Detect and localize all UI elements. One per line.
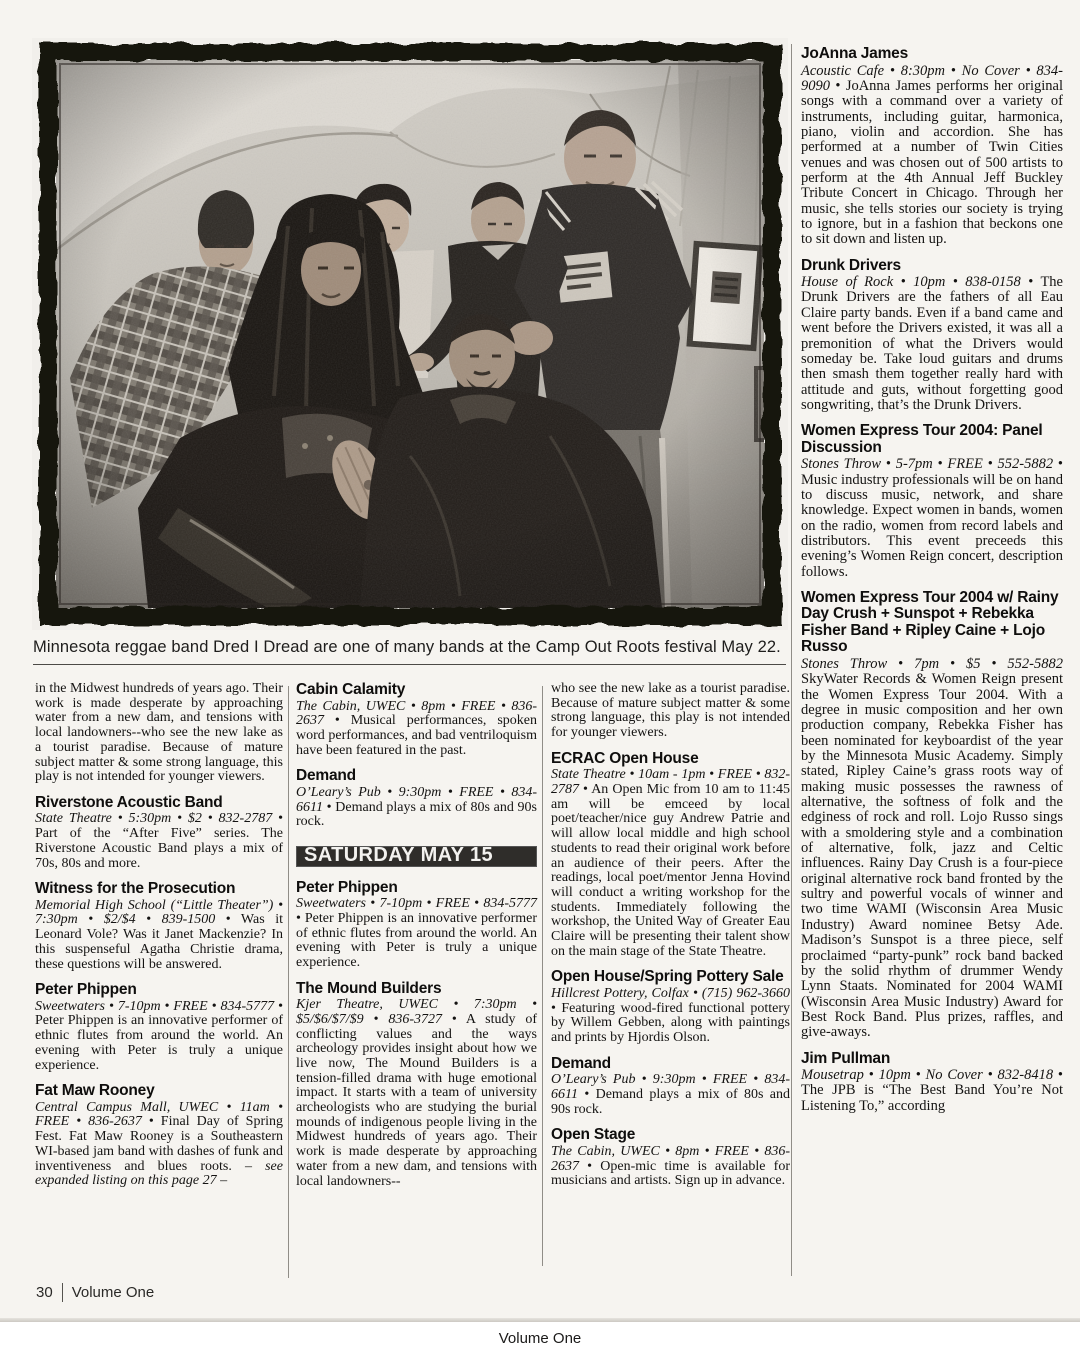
- listings-column-2: Cabin CalamityThe Cabin, UWEC • 8pm • FR…: [296, 682, 537, 1199]
- scan-page-edge: [0, 1318, 1080, 1322]
- event-body: O’Leary’s Pub • 9:30pm • FREE • 834-6611…: [296, 786, 537, 830]
- event-body: Sweetwaters • 7-10pm • FREE • 834-5777 •…: [35, 1000, 283, 1074]
- event-body: Memorial High School (“Little Theater”) …: [35, 899, 283, 973]
- event-description: • A study of conflicting values and the …: [296, 1012, 537, 1189]
- event-body: Central Campus Mall, UWEC • 11am • FREE …: [35, 1101, 283, 1189]
- column-lead-text: in the Midwest hundreds of years ago. Th…: [35, 682, 283, 785]
- event-title: The Mound Builders: [296, 981, 537, 998]
- event-venue-info: Sweetwaters • 7-10pm • FREE • 834-5777: [296, 896, 537, 911]
- event-description: • Featuring wood-fired functional potter…: [551, 1001, 790, 1045]
- event-title: Demand: [296, 768, 537, 785]
- event-venue-info: Hillcrest Pottery, Colfax • (715) 962-36…: [551, 986, 790, 1001]
- listings-group: Peter PhippenSweetwaters • 7-10pm • FREE…: [296, 880, 537, 1190]
- listings-group: Cabin CalamityThe Cabin, UWEC • 8pm • FR…: [296, 682, 537, 830]
- event-listing: Women Express Tour 2004 w/ Rainy Day Cru…: [801, 590, 1063, 1041]
- event-listing: Drunk DriversHouse of Rock • 10pm • 838-…: [801, 258, 1063, 414]
- event-title: Demand: [551, 1056, 790, 1073]
- event-description: • Demand plays a mix of 80s and 90s rock…: [551, 1087, 790, 1117]
- event-title: Cabin Calamity: [296, 682, 537, 699]
- event-listing: Riverstone Acoustic BandState Theatre • …: [35, 795, 283, 871]
- event-body: Stones Throw • 7pm • $5 • 552-5882 SkyWa…: [801, 657, 1063, 1041]
- event-description: • Peter Phippen is an innovative perform…: [296, 911, 537, 970]
- event-listing: Open StageThe Cabin, UWEC • 8pm • FREE •…: [551, 1127, 790, 1189]
- event-description: SkyWater Records & Women Reign present t…: [801, 671, 1063, 1040]
- event-title: Peter Phippen: [35, 982, 283, 999]
- day-banner-saturday-may-15: SATURDAY MAY 15: [296, 846, 537, 867]
- event-body: Sweetwaters • 7-10pm • FREE • 834-5777 •…: [296, 897, 537, 971]
- event-venue-info: Sweetwaters • 7-10pm • FREE • 834-5777: [35, 999, 274, 1014]
- event-venue-info: State Theatre • 5:30pm • $2 • 832-2787: [35, 811, 272, 826]
- event-listing: Jim PullmanMousetrap • 10pm • No Cover •…: [801, 1051, 1063, 1115]
- event-listing: DemandO’Leary’s Pub • 9:30pm • FREE • 83…: [551, 1056, 790, 1118]
- event-title: Witness for the Prosecution: [35, 881, 283, 898]
- event-description: • JoAnna James performs her original son…: [801, 78, 1063, 247]
- event-description: • An Open Mic from 10 am to 11:45 am wil…: [551, 782, 790, 959]
- event-body: State Theatre • 5:30pm • $2 • 832-2787 •…: [35, 812, 283, 871]
- band-photo-illustration: [30, 36, 790, 632]
- footer-brand: Volume One: [72, 1284, 155, 1301]
- listings-group: JoAnna JamesAcoustic Cafe • 8:30pm • No …: [801, 46, 1063, 1114]
- event-description: • Open-mic time is available for musicia…: [551, 1159, 790, 1189]
- event-listing: Peter PhippenSweetwaters • 7-10pm • FREE…: [35, 982, 283, 1073]
- listings-group: ECRAC Open HouseState Theatre • 10am - 1…: [551, 751, 790, 1189]
- listings-column-3: who see the new lake as a tourist paradi…: [551, 682, 790, 1199]
- event-body: Acoustic Cafe • 8:30pm • No Cover • 834-…: [801, 64, 1063, 248]
- event-body: Mousetrap • 10pm • No Cover • 832-8418 •…: [801, 1068, 1063, 1114]
- event-title: Open Stage: [551, 1127, 790, 1144]
- event-listing: Witness for the ProsecutionMemorial High…: [35, 881, 283, 972]
- event-title: ECRAC Open House: [551, 751, 790, 768]
- event-body: Stones Throw • 5-7pm • FREE • 552-5882 •…: [801, 457, 1063, 580]
- event-venue-info: House of Rock • 10pm • 838-0158: [801, 274, 1021, 290]
- event-title: Riverstone Acoustic Band: [35, 795, 283, 812]
- event-venue-info: Stones Throw • 5-7pm • FREE • 552-5882: [801, 456, 1053, 472]
- event-description: • Demand plays a mix of 80s and 90s rock…: [296, 800, 537, 830]
- listings-column-right: JoAnna JamesAcoustic Cafe • 8:30pm • No …: [801, 46, 1063, 1124]
- column-divider: [791, 44, 792, 1276]
- event-title: Fat Maw Rooney: [35, 1083, 283, 1100]
- column-divider: [542, 686, 543, 1266]
- magazine-page: Minnesota reggae band Dred I Dread are o…: [0, 0, 1080, 1320]
- event-venue-info: Mousetrap • 10pm • No Cover • 832-8418: [801, 1067, 1053, 1083]
- event-body: Hillcrest Pottery, Colfax • (715) 962-36…: [551, 987, 790, 1046]
- column-lead-text: who see the new lake as a tourist paradi…: [551, 682, 790, 741]
- listings-group: Riverstone Acoustic BandState Theatre • …: [35, 795, 283, 1189]
- event-title: Women Express Tour 2004 w/ Rainy Day Cru…: [801, 590, 1063, 656]
- photo-caption: Minnesota reggae band Dred I Dread are o…: [33, 638, 786, 665]
- bottom-page-brand: Volume One: [0, 1330, 1080, 1347]
- event-listing: JoAnna JamesAcoustic Cafe • 8:30pm • No …: [801, 46, 1063, 248]
- event-listing: Peter PhippenSweetwaters • 7-10pm • FREE…: [296, 880, 537, 971]
- event-body: The Cabin, UWEC • 8pm • FREE • 836-2637 …: [296, 700, 537, 759]
- event-body: Kjer Theatre, UWEC • 7:30pm • $5/$6/$7/$…: [296, 998, 537, 1189]
- column-divider: [288, 686, 289, 1278]
- footer-divider: [62, 1283, 63, 1302]
- event-title: Open House/Spring Pottery Sale: [551, 969, 790, 986]
- event-listing: ECRAC Open HouseState Theatre • 10am - 1…: [551, 751, 790, 960]
- listings-column-1: in the Midwest hundreds of years ago. Th…: [35, 682, 283, 1199]
- event-listing: Open House/Spring Pottery SaleHillcrest …: [551, 969, 790, 1045]
- event-body: State Theatre • 10am - 1pm • FREE • 832-…: [551, 768, 790, 959]
- event-body: House of Rock • 10pm • 838-0158 • The Dr…: [801, 275, 1063, 413]
- event-body: O’Leary’s Pub • 9:30pm • FREE • 834-6611…: [551, 1073, 790, 1117]
- event-title: Women Express Tour 2004: Panel Discussio…: [801, 423, 1063, 456]
- event-description: • Music industry professionals will be o…: [801, 456, 1063, 579]
- event-title: Peter Phippen: [296, 880, 537, 897]
- event-title: Jim Pullman: [801, 1051, 1063, 1068]
- event-listing: DemandO’Leary’s Pub • 9:30pm • FREE • 83…: [296, 768, 537, 830]
- band-photo: [30, 36, 790, 632]
- page-number: 30: [36, 1284, 53, 1301]
- event-description: • Musical performances, spoken word perf…: [296, 713, 537, 757]
- event-listing: Fat Maw RooneyCentral Campus Mall, UWEC …: [35, 1083, 283, 1189]
- page-footer: 30 Volume One: [36, 1283, 154, 1302]
- event-body: The Cabin, UWEC • 8pm • FREE • 836-2637 …: [551, 1145, 790, 1189]
- event-venue-info: Stones Throw • 7pm • $5 • 552-5882: [801, 656, 1063, 672]
- event-listing: Cabin CalamityThe Cabin, UWEC • 8pm • FR…: [296, 682, 537, 758]
- event-title: JoAnna James: [801, 46, 1063, 63]
- event-listing: Women Express Tour 2004: Panel Discussio…: [801, 423, 1063, 580]
- event-description: • The Drunk Drivers are the fathers of a…: [801, 274, 1063, 413]
- event-title: Drunk Drivers: [801, 258, 1063, 275]
- event-listing: The Mound BuildersKjer Theatre, UWEC • 7…: [296, 981, 537, 1190]
